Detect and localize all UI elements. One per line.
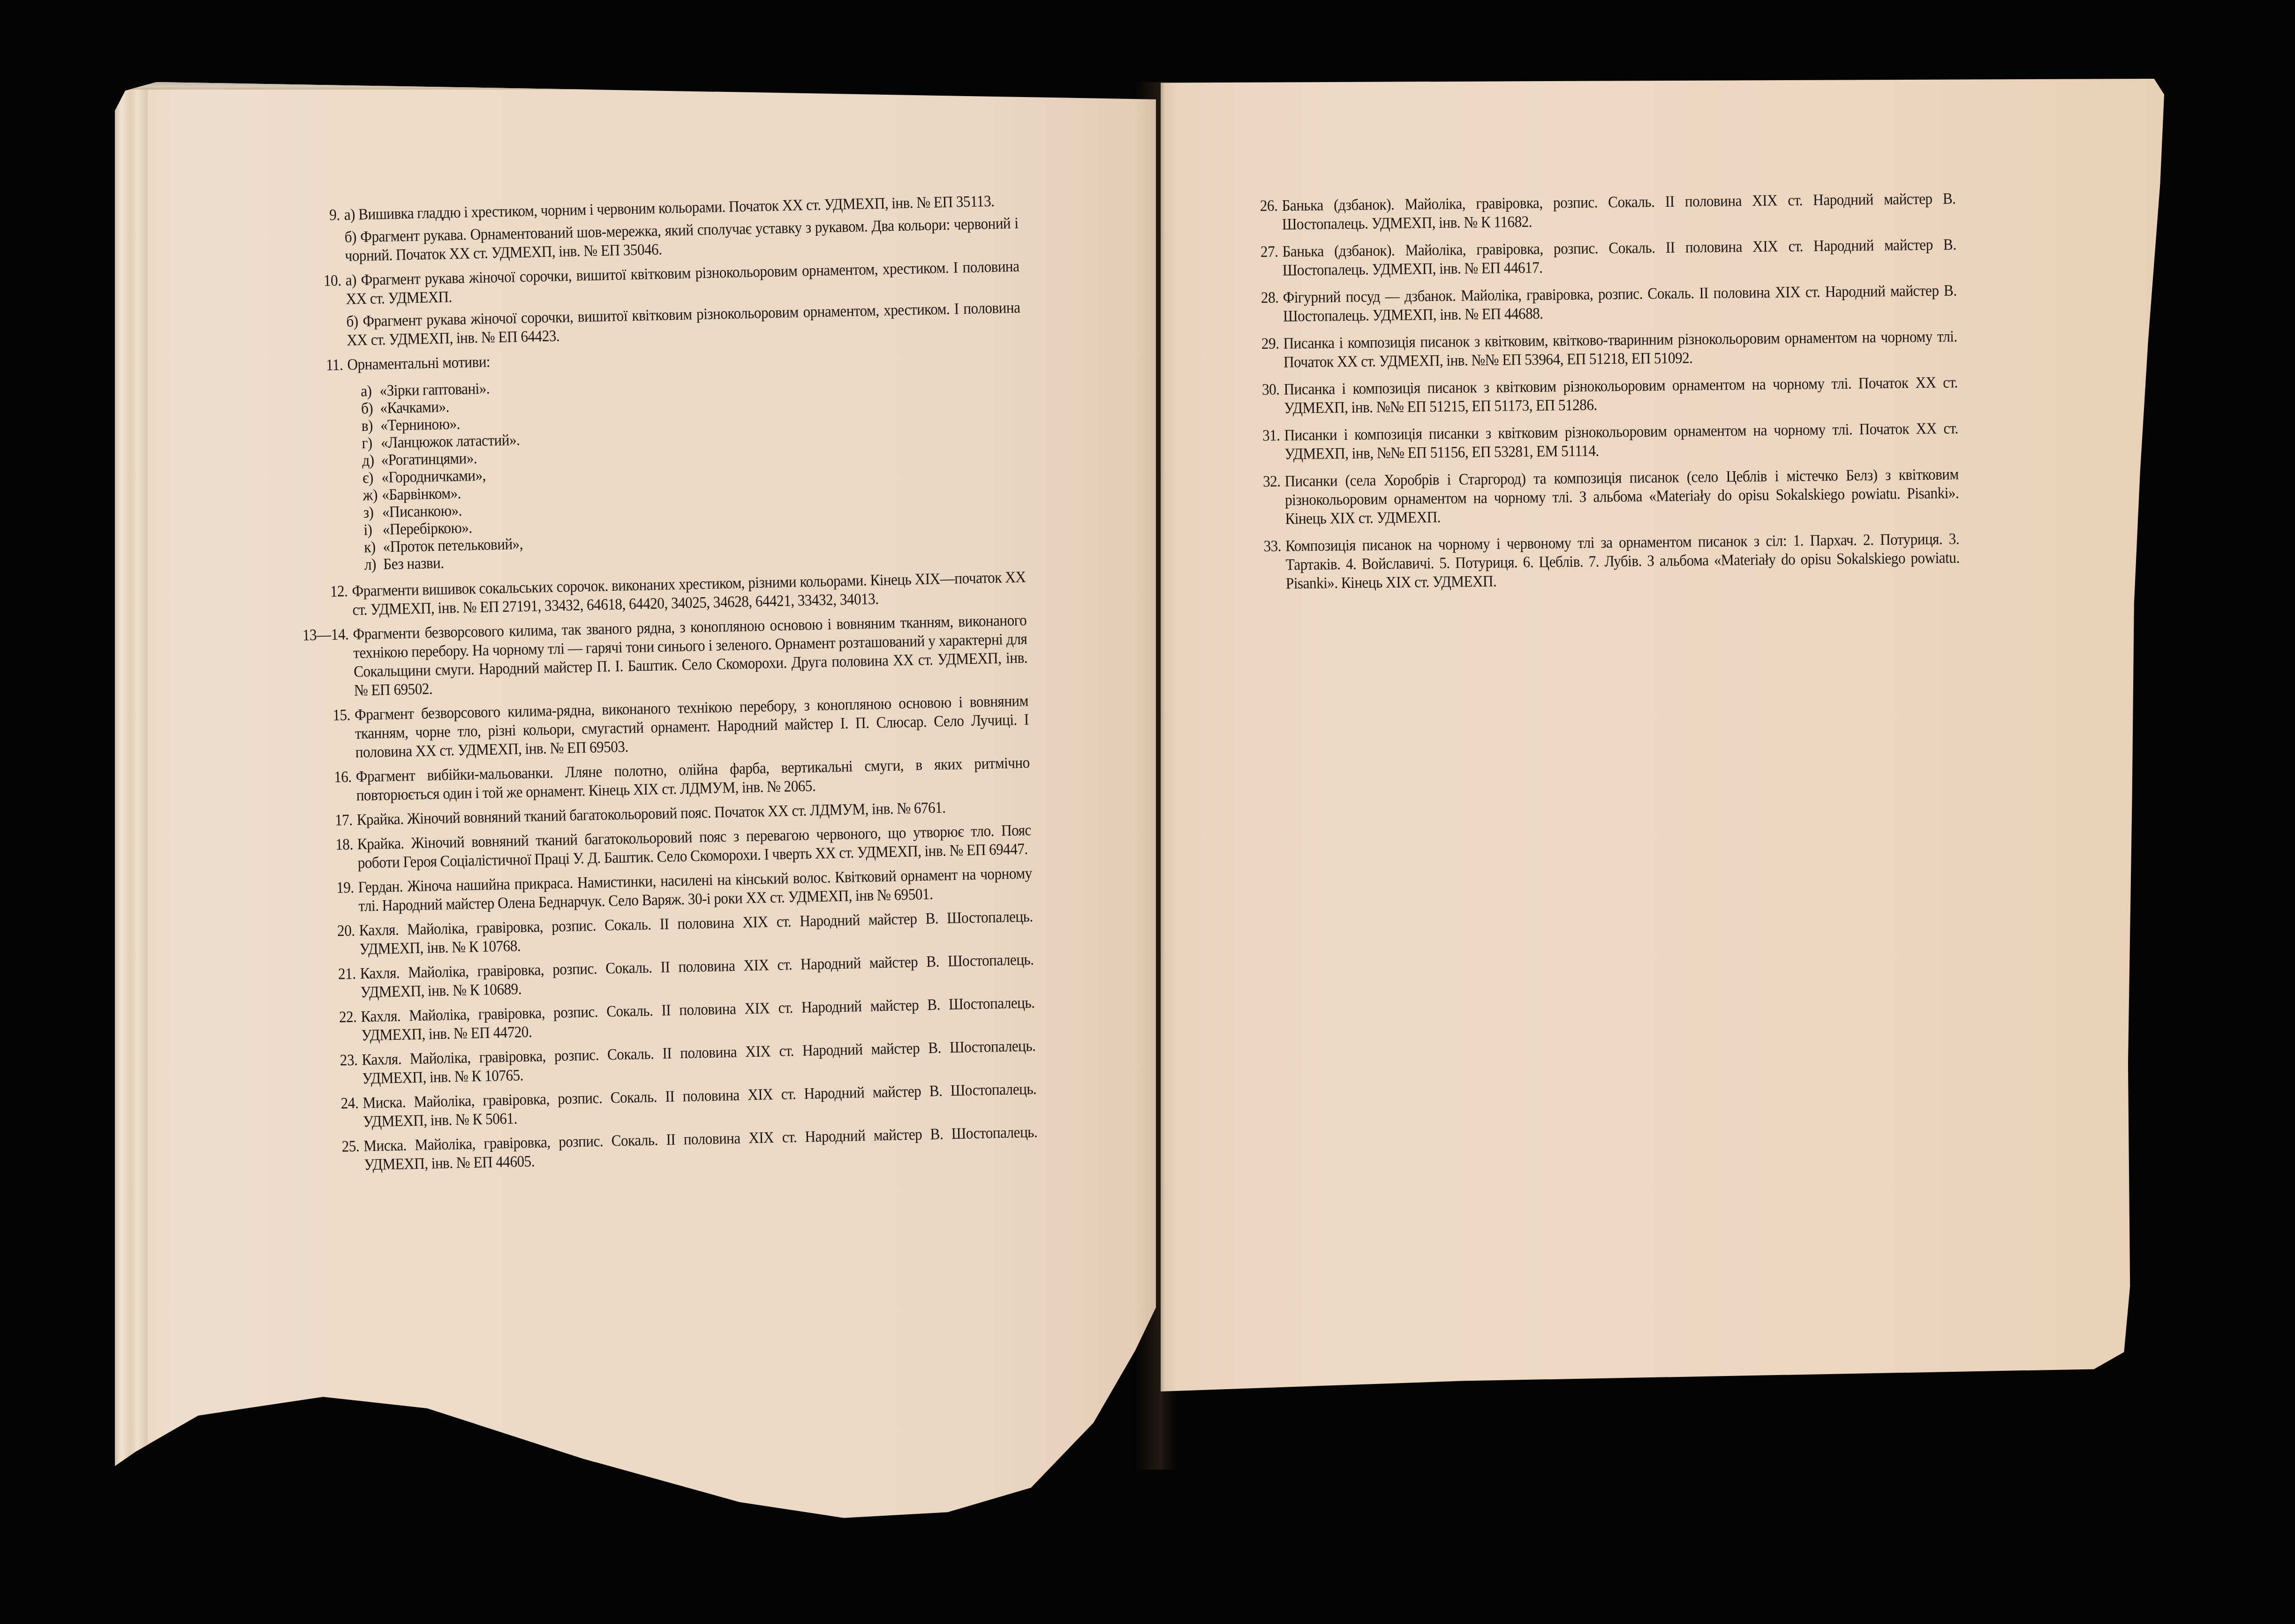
catalog-entry-27: 27. Банька (дзбанок). Майоліка, гравіров… [1257, 235, 1956, 284]
entry-number: 15. [329, 706, 355, 767]
catalog-entry-26: 26. Банька (дзбанок). Майоліка, гравіров… [1257, 189, 1956, 238]
entry-text: Фрагменти безворсового килима, так звано… [353, 611, 1028, 700]
entry-number: 9. [319, 206, 345, 270]
entry-number: 27. [1257, 242, 1283, 284]
entry-number: 16. [331, 768, 356, 810]
entry-number: 26. [1257, 196, 1282, 238]
catalog-entry-29: 29. Писанка і композиція писанок з квітк… [1258, 327, 1957, 376]
catalog-entry-32: 32. Писанки (села Хоробрів і Старгород) … [1260, 465, 1959, 533]
right-page-text: 26. Банька (дзбанок). Майоліка, гравіров… [1257, 189, 1960, 602]
entry-number: 24. [338, 1094, 363, 1135]
catalog-entry-31: 31. Писанки і композиція писанки з квітк… [1259, 419, 1958, 468]
entry-number: 22. [336, 1008, 362, 1050]
entry-number: 23. [337, 1051, 362, 1092]
entry-number: 31. [1259, 426, 1284, 468]
entry-number: 29. [1258, 334, 1283, 376]
catalog-entry-33: 33. Композиція писанок на чорному і черв… [1261, 530, 1960, 597]
catalog-entry-10: 10. а) Фрагмент рукава жіночої сорочки, … [320, 257, 1021, 354]
catalog-entry-15: 15. Фрагмент безворсового килима-рядна, … [329, 692, 1029, 767]
entry-number: 13—14. [301, 625, 355, 705]
catalog-entry-28: 28. Фігурний посуд — дзбанок. Майоліка, … [1258, 281, 1957, 330]
catalog-entry-13-14: 13—14. Фрагменти безворсового килима, та… [328, 611, 1028, 705]
catalog-entry-30: 30. Писанка і композиція писанок з квітк… [1259, 373, 1958, 422]
entry-text: Писанки і композиція писанки з квітковим… [1284, 419, 1958, 464]
entry-number: 28. [1258, 288, 1283, 330]
entry-number: 12. [327, 582, 353, 624]
entry-text: Фігурний посуд — дзбанок. Майоліка, грав… [1283, 281, 1957, 326]
entry-text: Писанка і композиція писанок з квітковим… [1283, 373, 1958, 418]
entry-number: 10. [320, 271, 347, 354]
page-edge-stack [115, 82, 148, 1524]
entry-number: 21. [335, 965, 361, 1007]
entry-text: Банька (дзбанок). Майоліка, гравіровка, … [1282, 189, 1956, 234]
entry-number: 19. [333, 879, 359, 920]
open-book-spread: 9. а) Вишивка гладдю і хрестиком, чорним… [0, 0, 2295, 1624]
entry-number: 25. [339, 1137, 364, 1179]
entry-text: Композиція писанок на чорному і червоном… [1285, 530, 1960, 593]
catalog-entry-11: 11. Орнаментальні мотиви: а) «Зірки гапт… [322, 342, 1026, 581]
entry-text: Писанка і композиція писанок з квітковим… [1283, 327, 1957, 372]
entry-number: 32. [1260, 472, 1285, 533]
entry-number: 33. [1261, 537, 1286, 597]
ornamental-motifs-list: а) «Зірки гаптовані». б) «Качками». в) «… [361, 369, 1026, 573]
entry-text: Банька (дзбанок). Майоліка, гравіровка, … [1282, 235, 1956, 280]
entry-number: 20. [334, 922, 360, 963]
entry-number: 30. [1259, 380, 1284, 422]
entry-text: Фрагмент безворсового килима-рядна, вико… [355, 692, 1029, 762]
entry-number: 17. [332, 811, 357, 834]
entry-number: 18. [332, 835, 358, 877]
entry-text: Писанки (села Хоробрів і Старгород) та к… [1285, 465, 1959, 528]
left-page-text: 9. а) Вишивка гладдю і хрестиком, чорним… [319, 192, 1038, 1181]
top-page-edges [115, 82, 1156, 90]
